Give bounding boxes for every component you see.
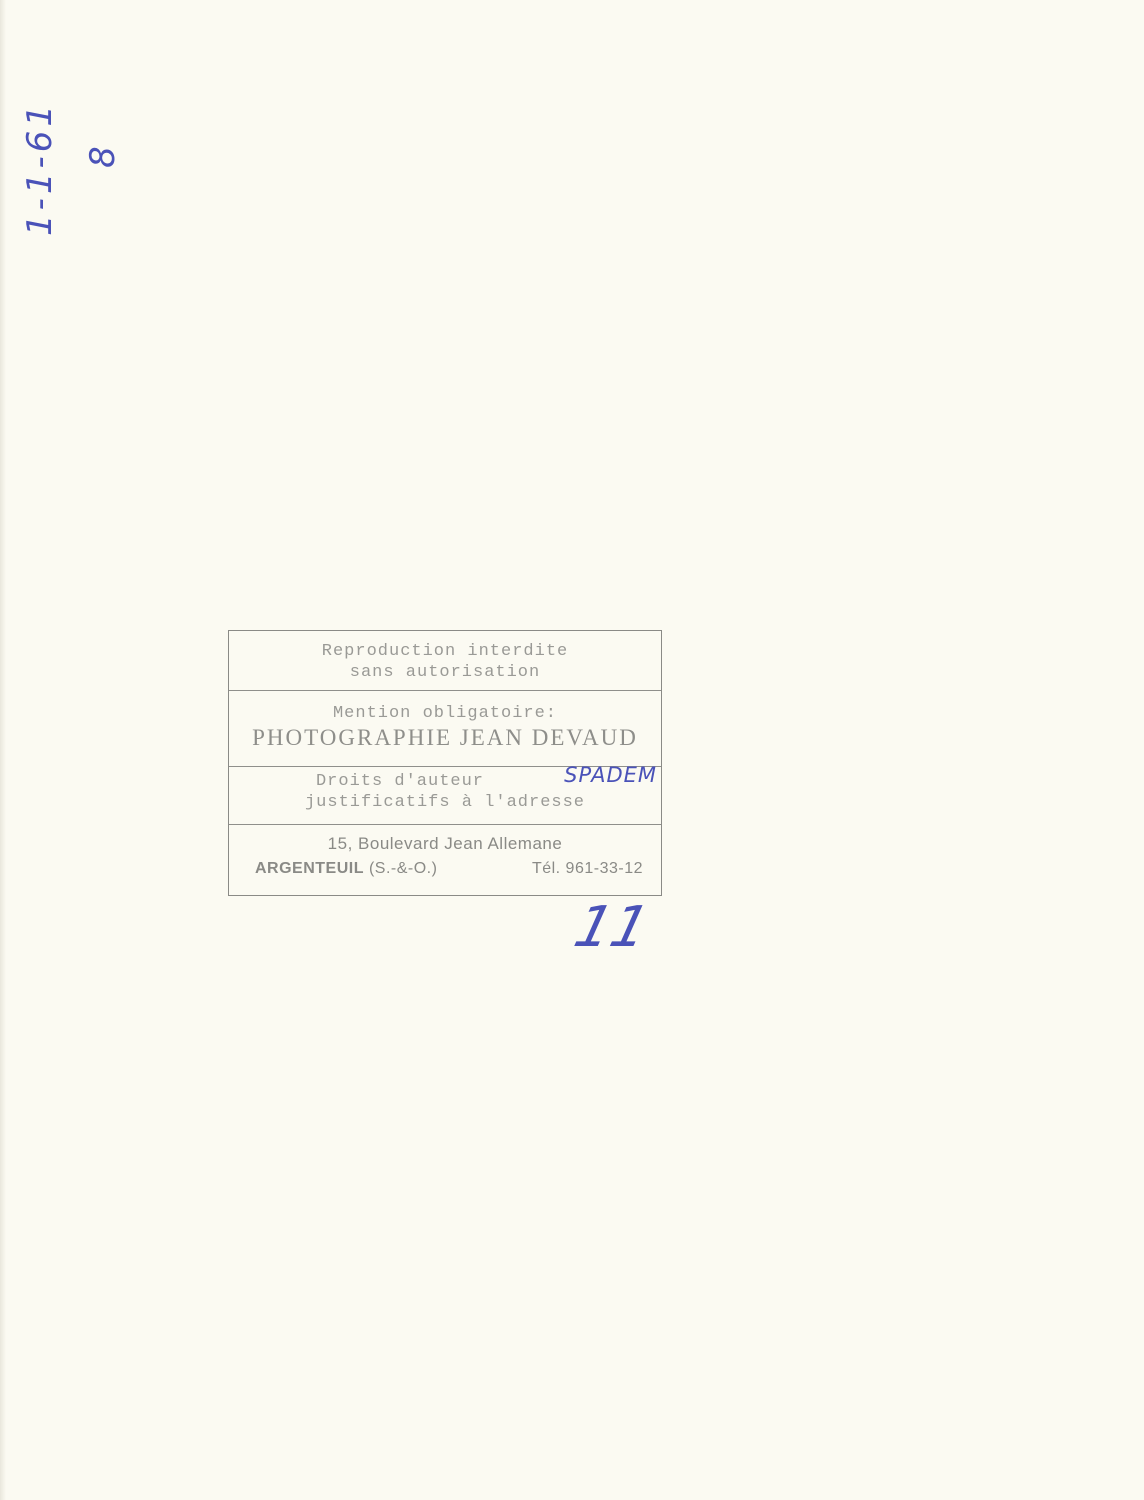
stamp-line-reproduction: Reproduction interdite	[229, 641, 661, 662]
stamp-line-authorisation: sans autorisation	[229, 662, 661, 683]
handwritten-reference: 8	[86, 146, 120, 168]
stamp-street: 15, Boulevard Jean Allemane	[229, 831, 661, 856]
stamp-photographer-name: PHOTOGRAPHIE JEAN DEVAUD	[229, 724, 661, 752]
handwritten-spadem: SPADEM	[564, 763, 657, 787]
stamp-city-line: ARGENTEUIL (S.-&-O.) Tél. 961-33-12	[229, 856, 661, 881]
handwritten-date: 1-1-61	[20, 101, 60, 236]
stamp-rights-section: Droits d'auteur SPADEM justificatifs à l…	[229, 767, 661, 825]
stamp-line-mention: Mention obligatoire:	[229, 703, 661, 724]
stamp-address-section: 15, Boulevard Jean Allemane ARGENTEUIL (…	[229, 825, 661, 895]
handwritten-page-number: 11	[569, 900, 654, 956]
stamp-credit-section: Mention obligatoire: PHOTOGRAPHIE JEAN D…	[229, 691, 661, 767]
stamp-city: ARGENTEUIL	[255, 860, 364, 877]
stamp-line-justificatifs: justificatifs à l'adresse	[229, 792, 661, 813]
photographer-stamp: Reproduction interdite sans autorisation…	[228, 630, 662, 896]
stamp-region: (S.-&-O.)	[369, 860, 438, 877]
stamp-reproduction-section: Reproduction interdite sans autorisation	[229, 631, 661, 691]
page-edge	[0, 0, 6, 1500]
stamp-phone: Tél. 961-33-12	[532, 856, 643, 881]
